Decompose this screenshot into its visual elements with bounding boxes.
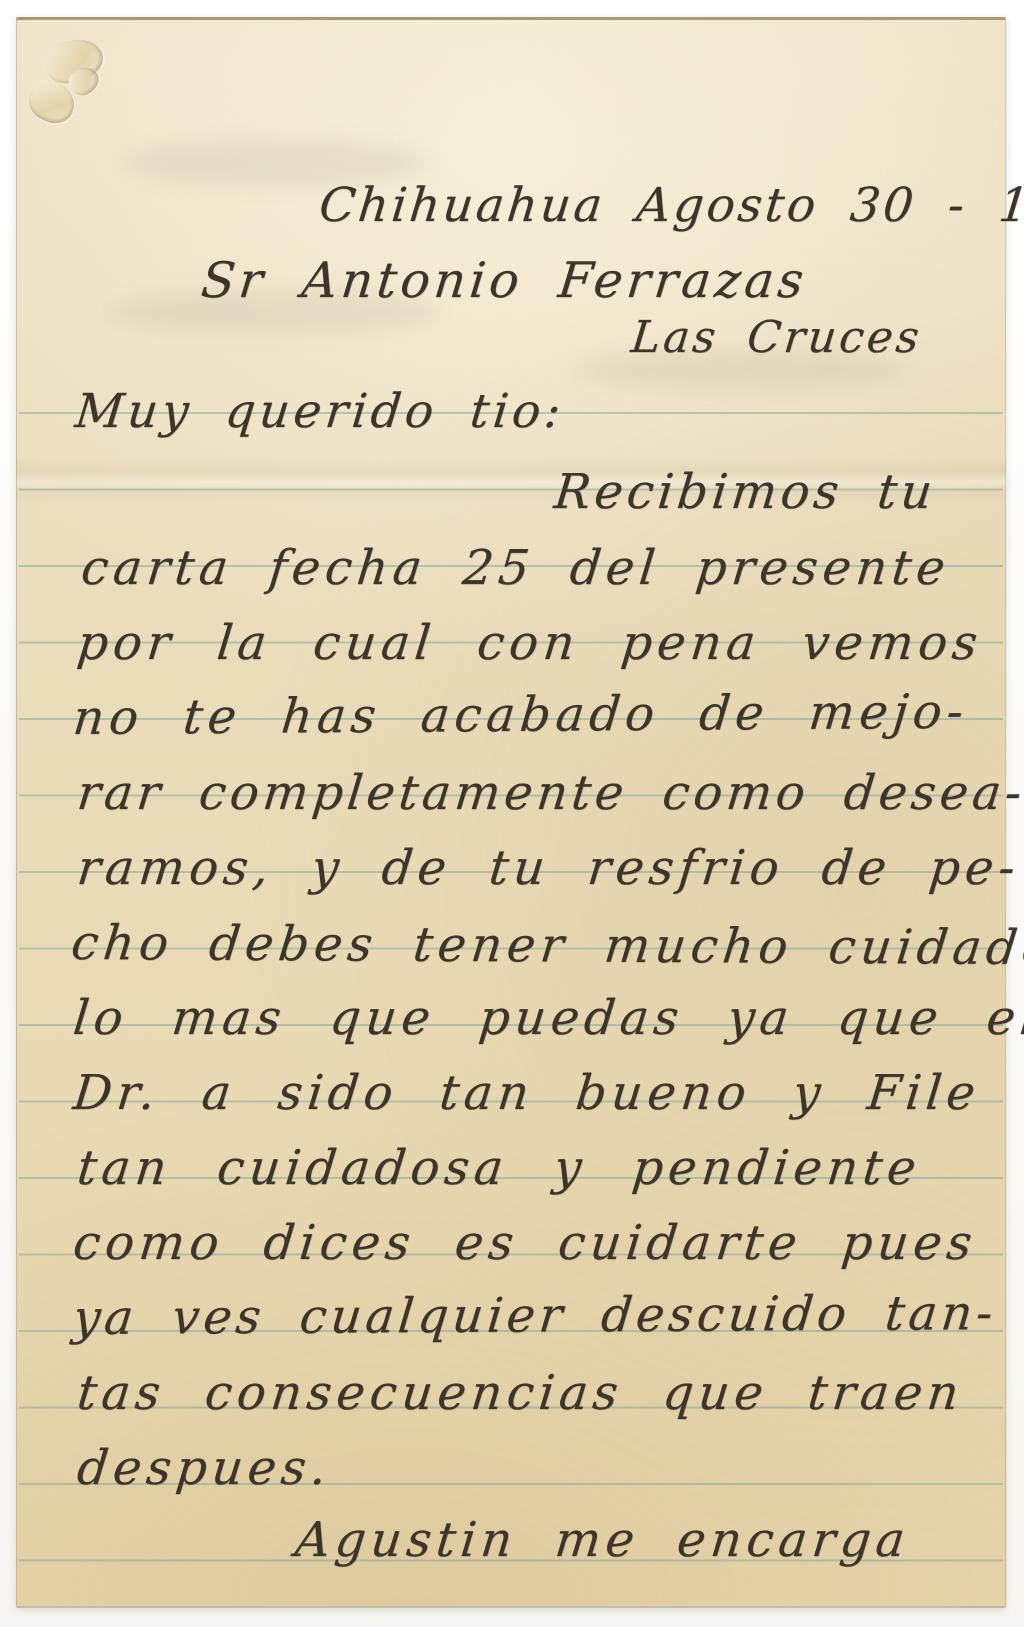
letter-body-line: tan cuidadosa y pendiente <box>75 1144 923 1192</box>
letter-recipient-name: Sr Antonio Ferrazas <box>199 256 810 305</box>
letter-paper: Chihuahua Agosto 30 - 1914 Sr Antonio Fe… <box>16 17 1006 1608</box>
letter-recipient-city: Las Cruces <box>629 316 924 360</box>
letter-body-line: despues. <box>75 1444 334 1492</box>
letter-body-line: como dices es cuidarte pues <box>71 1219 979 1267</box>
letter-body-line: Recibimos tu <box>552 468 938 516</box>
letter-body-line: ya ves cualquier descuido tan- <box>71 1289 999 1342</box>
letter-body-line: rar completamente como desea- <box>75 769 1024 817</box>
letter-body-line: cho debes tener mucho cuidado <box>69 919 1024 972</box>
letter-body-line: lo mas que puedas ya que el <box>71 994 1024 1042</box>
letter-body-line: Dr. a sido tan bueno y File <box>71 1069 982 1117</box>
letter-salutation: Muy querido tio: <box>73 388 567 435</box>
photo-background: Chihuahua Agosto 30 - 1914 Sr Antonio Fe… <box>0 0 1024 1627</box>
letter-body-line: no te has acabado de mejo- <box>71 688 970 742</box>
letter-body-line: carta fecha 25 del presente <box>79 544 952 592</box>
letter-body-line: ramos, y de tu resfrio de pe- <box>75 844 1022 892</box>
letter-body-line: Agustin me encarga <box>293 1516 912 1564</box>
letter-dateline: Chihuahua Agosto 30 - 1914 <box>317 182 1024 229</box>
letter-body-line: por la cual con pena vemos <box>75 619 985 667</box>
letter-body-line: tas consecuencias que traen <box>75 1369 966 1417</box>
